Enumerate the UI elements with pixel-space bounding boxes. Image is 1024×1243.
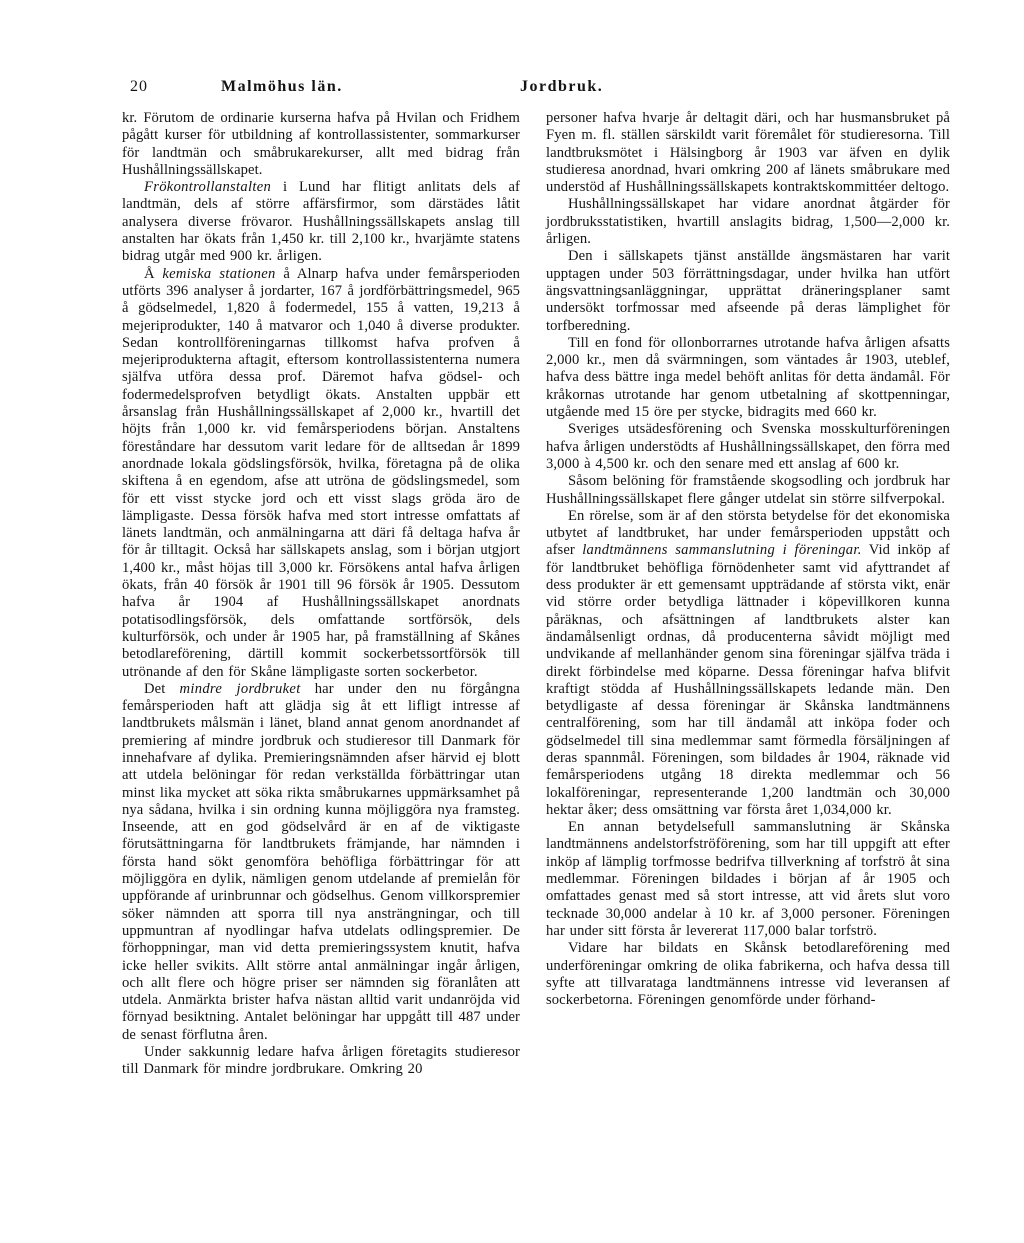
paragraph: Frökontrollanstalten i Lund har flitigt … xyxy=(122,179,520,265)
paragraph: Sveriges utsädesförening och Svenska mos… xyxy=(546,421,950,473)
running-title-section: Jordbruk. xyxy=(520,78,603,96)
paragraph: Vidare har bildats en Skånsk betodlarefö… xyxy=(546,940,950,1009)
paragraph: Till en fond för ollonborrarnes utrotand… xyxy=(546,335,950,421)
page-number: 20 xyxy=(130,78,148,96)
paragraph: Det mindre jordbruket har under den nu f… xyxy=(122,681,520,1044)
text-segment: har under den nu förgångna femårsperiode… xyxy=(122,681,520,1043)
italic-text: landtmännens sammanslutning i föreningar… xyxy=(582,542,862,558)
left-column: kr. Förutom de ordinarie kurserna hafva … xyxy=(122,110,520,1079)
text-segment: Vidare har bildats en Skånsk betodlarefö… xyxy=(546,940,950,1008)
paragraph: En rörelse, som är af den största betyde… xyxy=(546,508,950,819)
text-segment: Å xyxy=(144,266,162,282)
paragraph: Under sakkunnig ledare hafva årligen för… xyxy=(122,1044,520,1079)
paragraph: Såsom belöning för framstående skogsodli… xyxy=(546,473,950,508)
document-page: 20 Malmöhus län. Jordbruk. kr. Förutom d… xyxy=(0,0,1024,1243)
text-segment: Vid inköp af för landtbruket behöfliga f… xyxy=(546,542,950,817)
text-segment: Sveriges utsädesförening och Svenska mos… xyxy=(546,421,950,472)
text-segment: kr. Förutom de ordinarie kurserna hafva … xyxy=(122,110,520,178)
text-segment: Den i sällskapets tjänst anställde ängsm… xyxy=(546,248,950,333)
text-segment: Såsom belöning för framstående skogsodli… xyxy=(546,473,950,506)
right-column: personer hafva hvarje år deltagit däri, … xyxy=(546,110,950,1079)
running-title-county: Malmöhus län. xyxy=(221,78,343,96)
italic-text: mindre jordbruket xyxy=(180,681,301,697)
paragraph: Den i sällskapets tjänst anställde ängsm… xyxy=(546,248,950,334)
text-segment: Hushållningssällskapet har vidare anordn… xyxy=(546,196,950,247)
text-segment: personer hafva hvarje år deltagit däri, … xyxy=(546,110,950,195)
text-segment: Det xyxy=(144,681,180,697)
paragraph: personer hafva hvarje år deltagit däri, … xyxy=(546,110,950,196)
running-header: 20 Malmöhus län. Jordbruk. xyxy=(0,78,1024,100)
paragraph: kr. Förutom de ordinarie kurserna hafva … xyxy=(122,110,520,179)
text-segment: Under sakkunnig ledare hafva årligen för… xyxy=(122,1044,520,1077)
text-segment: Till en fond för ollonborrarnes utrotand… xyxy=(546,335,950,420)
text-segment: En annan betydelsefull sammanslutning är… xyxy=(546,819,950,939)
italic-text: kemiska stationen xyxy=(162,266,275,282)
text-segment: å Alnarp hafva under femårsperioden utfö… xyxy=(122,266,520,680)
paragraph: Hushållningssällskapet har vidare anordn… xyxy=(546,196,950,248)
paragraph: Å kemiska stationen å Alnarp hafva under… xyxy=(122,266,520,681)
paragraph: En annan betydelsefull sammanslutning är… xyxy=(546,819,950,940)
italic-text: Frökontrollanstalten xyxy=(144,179,271,195)
text-columns: kr. Förutom de ordinarie kurserna hafva … xyxy=(122,110,950,1079)
